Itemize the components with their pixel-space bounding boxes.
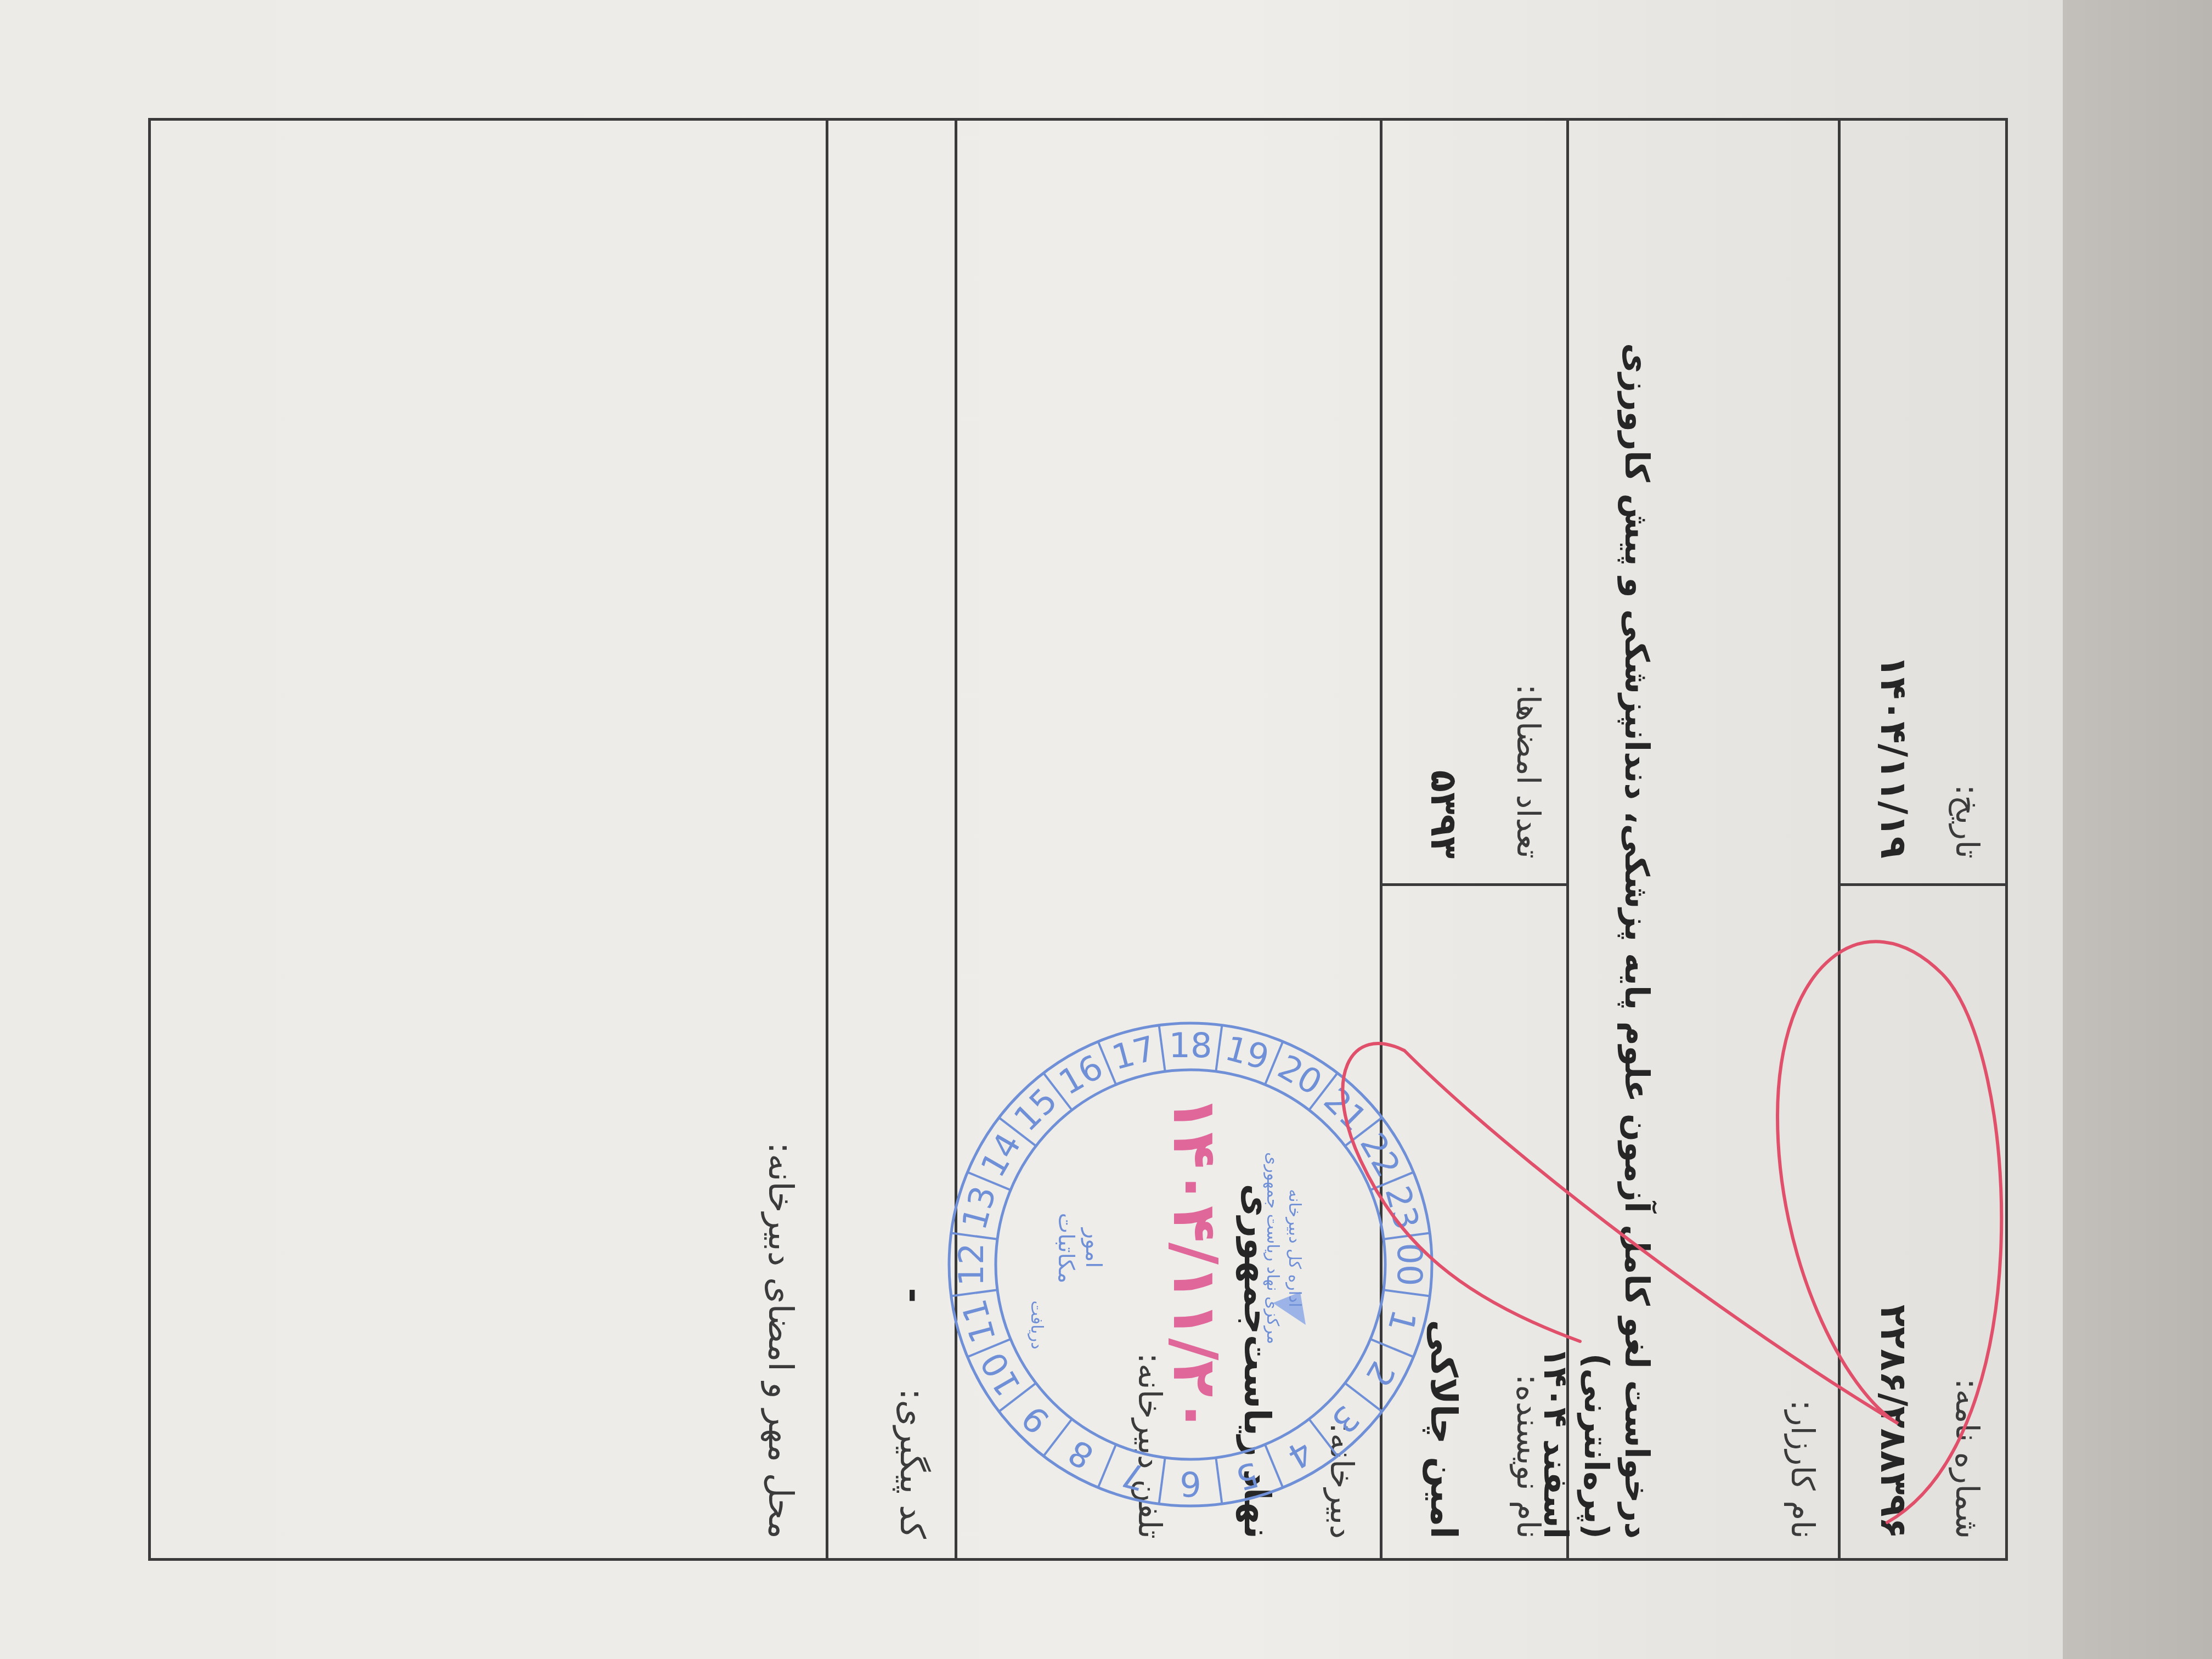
hour-label: 5 bbox=[1232, 1454, 1263, 1499]
row-author-divider bbox=[1380, 883, 1569, 886]
hour-label: 2 bbox=[1358, 1355, 1403, 1393]
row-tracking bbox=[826, 118, 957, 1561]
stamp-org-line-2: مرکزی نهاد ریاست جمهوری bbox=[1263, 1152, 1282, 1344]
row-header-divider bbox=[1838, 883, 2008, 886]
signature-count-label: تعداد امضاها: bbox=[1510, 684, 1547, 859]
hour-label: 7 bbox=[1118, 1454, 1149, 1499]
date-label: تاریخ: bbox=[1949, 785, 1986, 859]
document-page: شماره نامه: ۲۲۸۶/۲۸۸۳۹۶ تاریخ: ۱۴۰۴/۱۱/۱… bbox=[143, 118, 2008, 1561]
seal-area-label: محل مهر و امضای دبیرخانه: bbox=[761, 1142, 801, 1539]
hour-label: 18 bbox=[1169, 1025, 1212, 1065]
hour-label: 12 bbox=[951, 1243, 991, 1286]
hour-label: 8 bbox=[1062, 1432, 1101, 1477]
stamp-org-line-1: اداره کل دبیرخانه bbox=[1285, 1189, 1304, 1307]
receipt-form: شماره نامه: ۲۲۸۶/۲۸۸۳۹۶ تاریخ: ۱۴۰۴/۱۱/۱… bbox=[143, 118, 2008, 1561]
clock-stamp: 001234567891011121314151617181920212223 … bbox=[944, 1018, 1437, 1511]
tracking-code-value: - bbox=[893, 1288, 935, 1303]
hour-label: 1 bbox=[1380, 1306, 1425, 1337]
hour-label: 00 bbox=[1390, 1243, 1430, 1286]
hour-label: 4 bbox=[1280, 1432, 1319, 1477]
signature-count-value: ۵۳۹۳ bbox=[1423, 770, 1465, 859]
hour-label: 6 bbox=[1180, 1464, 1201, 1504]
row-seal-area bbox=[148, 118, 828, 1561]
letter-number-label: شماره نامه: bbox=[1949, 1379, 1986, 1539]
date-value: ۱۴۰۴/۱۱/۱۹ bbox=[1872, 656, 1915, 859]
campaign-name-label: نام کارزار: bbox=[1784, 1400, 1821, 1539]
tracking-code-label: کد پیگیری: bbox=[893, 1389, 933, 1539]
author-label: نام نویسنده: bbox=[1510, 1374, 1547, 1539]
stamp-dept-line-2: مکاتبات bbox=[1053, 1213, 1079, 1284]
stamp-dept-line-1: امور bbox=[1081, 1227, 1106, 1268]
stamp-dept-line-3: دریافت bbox=[1027, 1300, 1046, 1349]
handwritten-receipt-date: ۱۴۰۴/۱۱/۲۰ bbox=[1160, 1095, 1230, 1434]
letter-number-value: ۲۲۸۶/۲۸۸۳۹۶ bbox=[1872, 1305, 1915, 1539]
subject-line-1: درخواست لغو کامل آزمون علوم پایه پزشکی، … bbox=[1576, 167, 1657, 1539]
